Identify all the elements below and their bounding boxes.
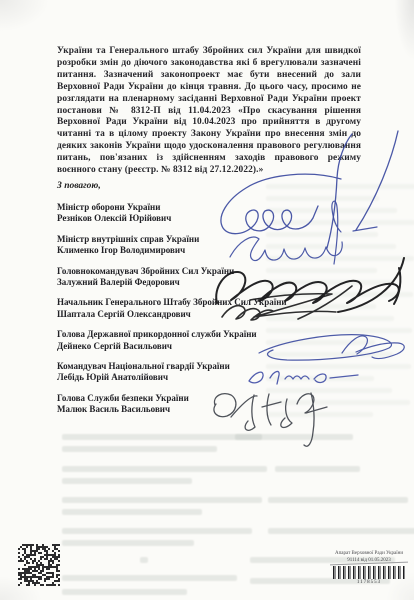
scanned-document-page: України та Генерального штабу Збройних с…: [0, 0, 414, 600]
qr-code: [18, 544, 60, 586]
bleedthrough-line: [62, 446, 217, 452]
bleedthrough-line: [266, 400, 410, 405]
bleedthrough-line: [266, 304, 376, 309]
bleedthrough-line: [235, 434, 353, 440]
bleedthrough-line: [266, 244, 396, 249]
bleedthrough-line: [266, 268, 377, 273]
bleedthrough-line: [62, 478, 192, 484]
body-paragraph: України та Генерального штабу Збройних с…: [57, 46, 361, 177]
registration-stamp: Апарат Верховної Ради України 91114 від …: [328, 551, 410, 586]
bleedthrough-line: [266, 364, 411, 369]
bleedthrough-line: [266, 256, 414, 261]
closing-salutation: З повагою,: [57, 181, 101, 191]
bleedthrough-line: [62, 497, 262, 503]
bleedthrough-line: [266, 196, 379, 201]
bleedthrough-line: [62, 575, 237, 581]
bleedthrough-line: [268, 528, 414, 534]
bleedthrough-line: [266, 328, 412, 333]
barcode: [333, 566, 405, 579]
bleedthrough-line: [266, 316, 394, 321]
qr-pixels: [18, 544, 20, 546]
bleedthrough-line: [62, 528, 252, 534]
bleedthrough-line: [266, 340, 375, 345]
bleedthrough-line: [266, 376, 374, 381]
bleedthrough-line: [62, 540, 194, 546]
bleedthrough-line: [268, 497, 408, 503]
bleedthrough-line: [62, 434, 262, 440]
bleedthrough-line: [266, 292, 413, 297]
bleedthrough-line: [266, 388, 392, 393]
bleedthrough-line: [62, 466, 267, 472]
bleedthrough-line: [266, 412, 373, 417]
bleedthrough-mark: [140, 557, 148, 563]
bleedthrough-line: [266, 232, 378, 237]
bleedthrough-line: [266, 184, 414, 189]
bleedthrough-line: [266, 220, 414, 225]
barcode-number: 1178553: [328, 580, 410, 586]
bleedthrough-line: [62, 509, 202, 515]
bleedthrough-line: [275, 466, 360, 472]
bleedthrough-line: [266, 352, 393, 357]
bleedthrough-line: [62, 589, 187, 595]
bleedthrough-line: [266, 208, 397, 213]
stamp-org-line: Апарат Верховної Ради України: [328, 551, 410, 558]
bleedthrough-line: [266, 280, 395, 285]
